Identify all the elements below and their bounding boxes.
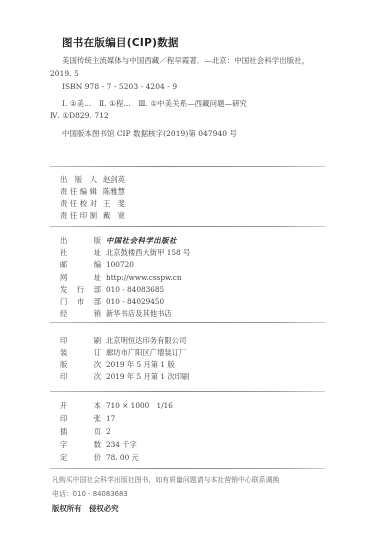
spec-value: 710 × 1000 1/16 <box>106 401 173 411</box>
publisher-label: 网址 <box>60 273 101 283</box>
publisher-label: 经销 <box>60 309 101 319</box>
spec-label: 定价 <box>60 453 101 463</box>
publisher-logo: 中国社会科学出版社 <box>106 236 177 246</box>
cip-classification-line: Ⅳ. ①D829. 712 <box>50 111 109 120</box>
publisher-label: 邮编 <box>60 260 101 270</box>
printing-row-binder: 装订 廊坊市广阳区广增装订厂 <box>60 348 186 358</box>
spec-label: 开本 <box>60 401 101 411</box>
printing-value: 2019 年 5 月第 1 次印刷 <box>106 372 189 382</box>
publisher-row-postcode: 邮编 100720 <box>60 260 134 270</box>
quality-notice: 凡购买中国社会科学出版社图书，如有质量问题请与本社营销中心联系调换 <box>52 474 279 484</box>
spec-row-inserts: 插页 2 <box>60 427 111 437</box>
publisher-label: 出版 <box>60 236 101 246</box>
divider <box>50 226 325 227</box>
publisher-row-retail: 门市部 010 - 84029450 <box>60 297 164 307</box>
printing-value: 2019 年 5 月第 1 版 <box>106 360 175 370</box>
staff-row-print-supervisor: 责任印制 戴 宽 <box>60 211 125 221</box>
staff-row-editor: 责任编辑 陈雅慧 <box>60 187 125 197</box>
divider <box>50 166 325 167</box>
printing-value: 廊坊市广阳区广增装订厂 <box>106 348 186 358</box>
printing-label: 装订 <box>60 348 101 358</box>
service-phone: 电话：010 - 84083683 <box>52 488 128 498</box>
spec-row-price: 定价 78. 00 元 <box>60 453 139 463</box>
cip-subjects-line: Ⅰ. ①美… Ⅱ. ①程… Ⅲ. ①中美关系—西藏问题—研究 <box>62 98 247 109</box>
staff-row-publisher: 出版人 赵剑英 <box>60 175 125 185</box>
publisher-row-website: 网址 http://www.csspw.cn <box>60 273 182 283</box>
divider <box>50 322 325 323</box>
spec-value: 234 千字 <box>106 440 137 450</box>
publisher-value: 新华书店及其他书店 <box>106 309 172 319</box>
spec-value: 17 <box>106 414 115 424</box>
spec-value: 2 <box>106 427 111 437</box>
cip-record-number-line: 中国版本图书馆 CIP 数据核字(2019)第 047940 号 <box>62 128 237 139</box>
cip-title: 图书在版编目(CIP)数据 <box>62 35 179 50</box>
publisher-value: 010 - 84083685 <box>106 285 164 295</box>
cip-isbn-line: ISBN 978 - 7 - 5203 - 4204 - 9 <box>62 82 177 91</box>
printing-value: 北京明恒达印务有限公司 <box>106 336 186 346</box>
divider <box>50 468 325 469</box>
publisher-label: 社址 <box>60 248 101 258</box>
publisher-label: 发行部 <box>60 285 101 295</box>
staff-value: 戴 宽 <box>103 211 125 221</box>
copyright-notice: 版权所有 侵权必究 <box>52 503 119 514</box>
spec-label: 字数 <box>60 440 101 450</box>
divider <box>50 391 325 392</box>
publisher-row-distribution: 发行部 010 - 84083685 <box>60 285 164 295</box>
printing-row-impression: 印次 2019 年 5 月第 1 次印刷 <box>60 372 189 382</box>
publisher-website-link[interactable]: http://www.csspw.cn <box>106 273 182 283</box>
spec-row-format: 开本 710 × 1000 1/16 <box>60 401 173 411</box>
publisher-row-distributor: 经销 新华书店及其他书店 <box>60 309 172 319</box>
publisher-value: 100720 <box>106 260 134 270</box>
staff-value: 陈雅慧 <box>103 187 125 197</box>
printing-row-edition: 版次 2019 年 5 月第 1 版 <box>60 360 175 370</box>
spec-row-sheets: 印张 17 <box>60 414 115 424</box>
publisher-row-address: 社址 北京鼓楼西大街甲 158 号 <box>60 248 190 258</box>
spec-label: 插页 <box>60 427 101 437</box>
printing-label: 版次 <box>60 360 101 370</box>
publisher-value: 010 - 84029450 <box>106 297 164 307</box>
staff-label: 责任编辑 <box>60 187 97 197</box>
spec-label: 印张 <box>60 414 101 424</box>
staff-value: 王 斐 <box>103 199 125 209</box>
staff-label: 责任印制 <box>60 211 97 221</box>
spec-row-word-count: 字数 234 千字 <box>60 440 137 450</box>
printing-label: 印刷 <box>60 336 101 346</box>
staff-value: 赵剑英 <box>103 175 125 185</box>
printing-label: 印次 <box>60 372 101 382</box>
publisher-value: 北京鼓楼西大街甲 158 号 <box>106 248 190 258</box>
spec-value: 78. 00 元 <box>106 453 139 463</box>
staff-label: 出版人 <box>60 175 97 185</box>
staff-row-proofreader: 责任校对 王 斐 <box>60 199 125 209</box>
staff-label: 责任校对 <box>60 199 97 209</box>
cip-book-line: 美国传统主流媒体与中国西藏／程早霞著．—北京：中国社会科学出版社， <box>62 55 309 66</box>
publisher-label: 门市部 <box>60 297 101 307</box>
cip-year-line: 2019. 5 <box>50 69 79 78</box>
publisher-row-name: 出版 中国社会科学出版社 <box>60 236 177 246</box>
copyright-page: 图书在版编目(CIP)数据 美国传统主流媒体与中国西藏／程早霞著．—北京：中国社… <box>0 0 375 544</box>
printing-row-printer: 印刷 北京明恒达印务有限公司 <box>60 336 186 346</box>
